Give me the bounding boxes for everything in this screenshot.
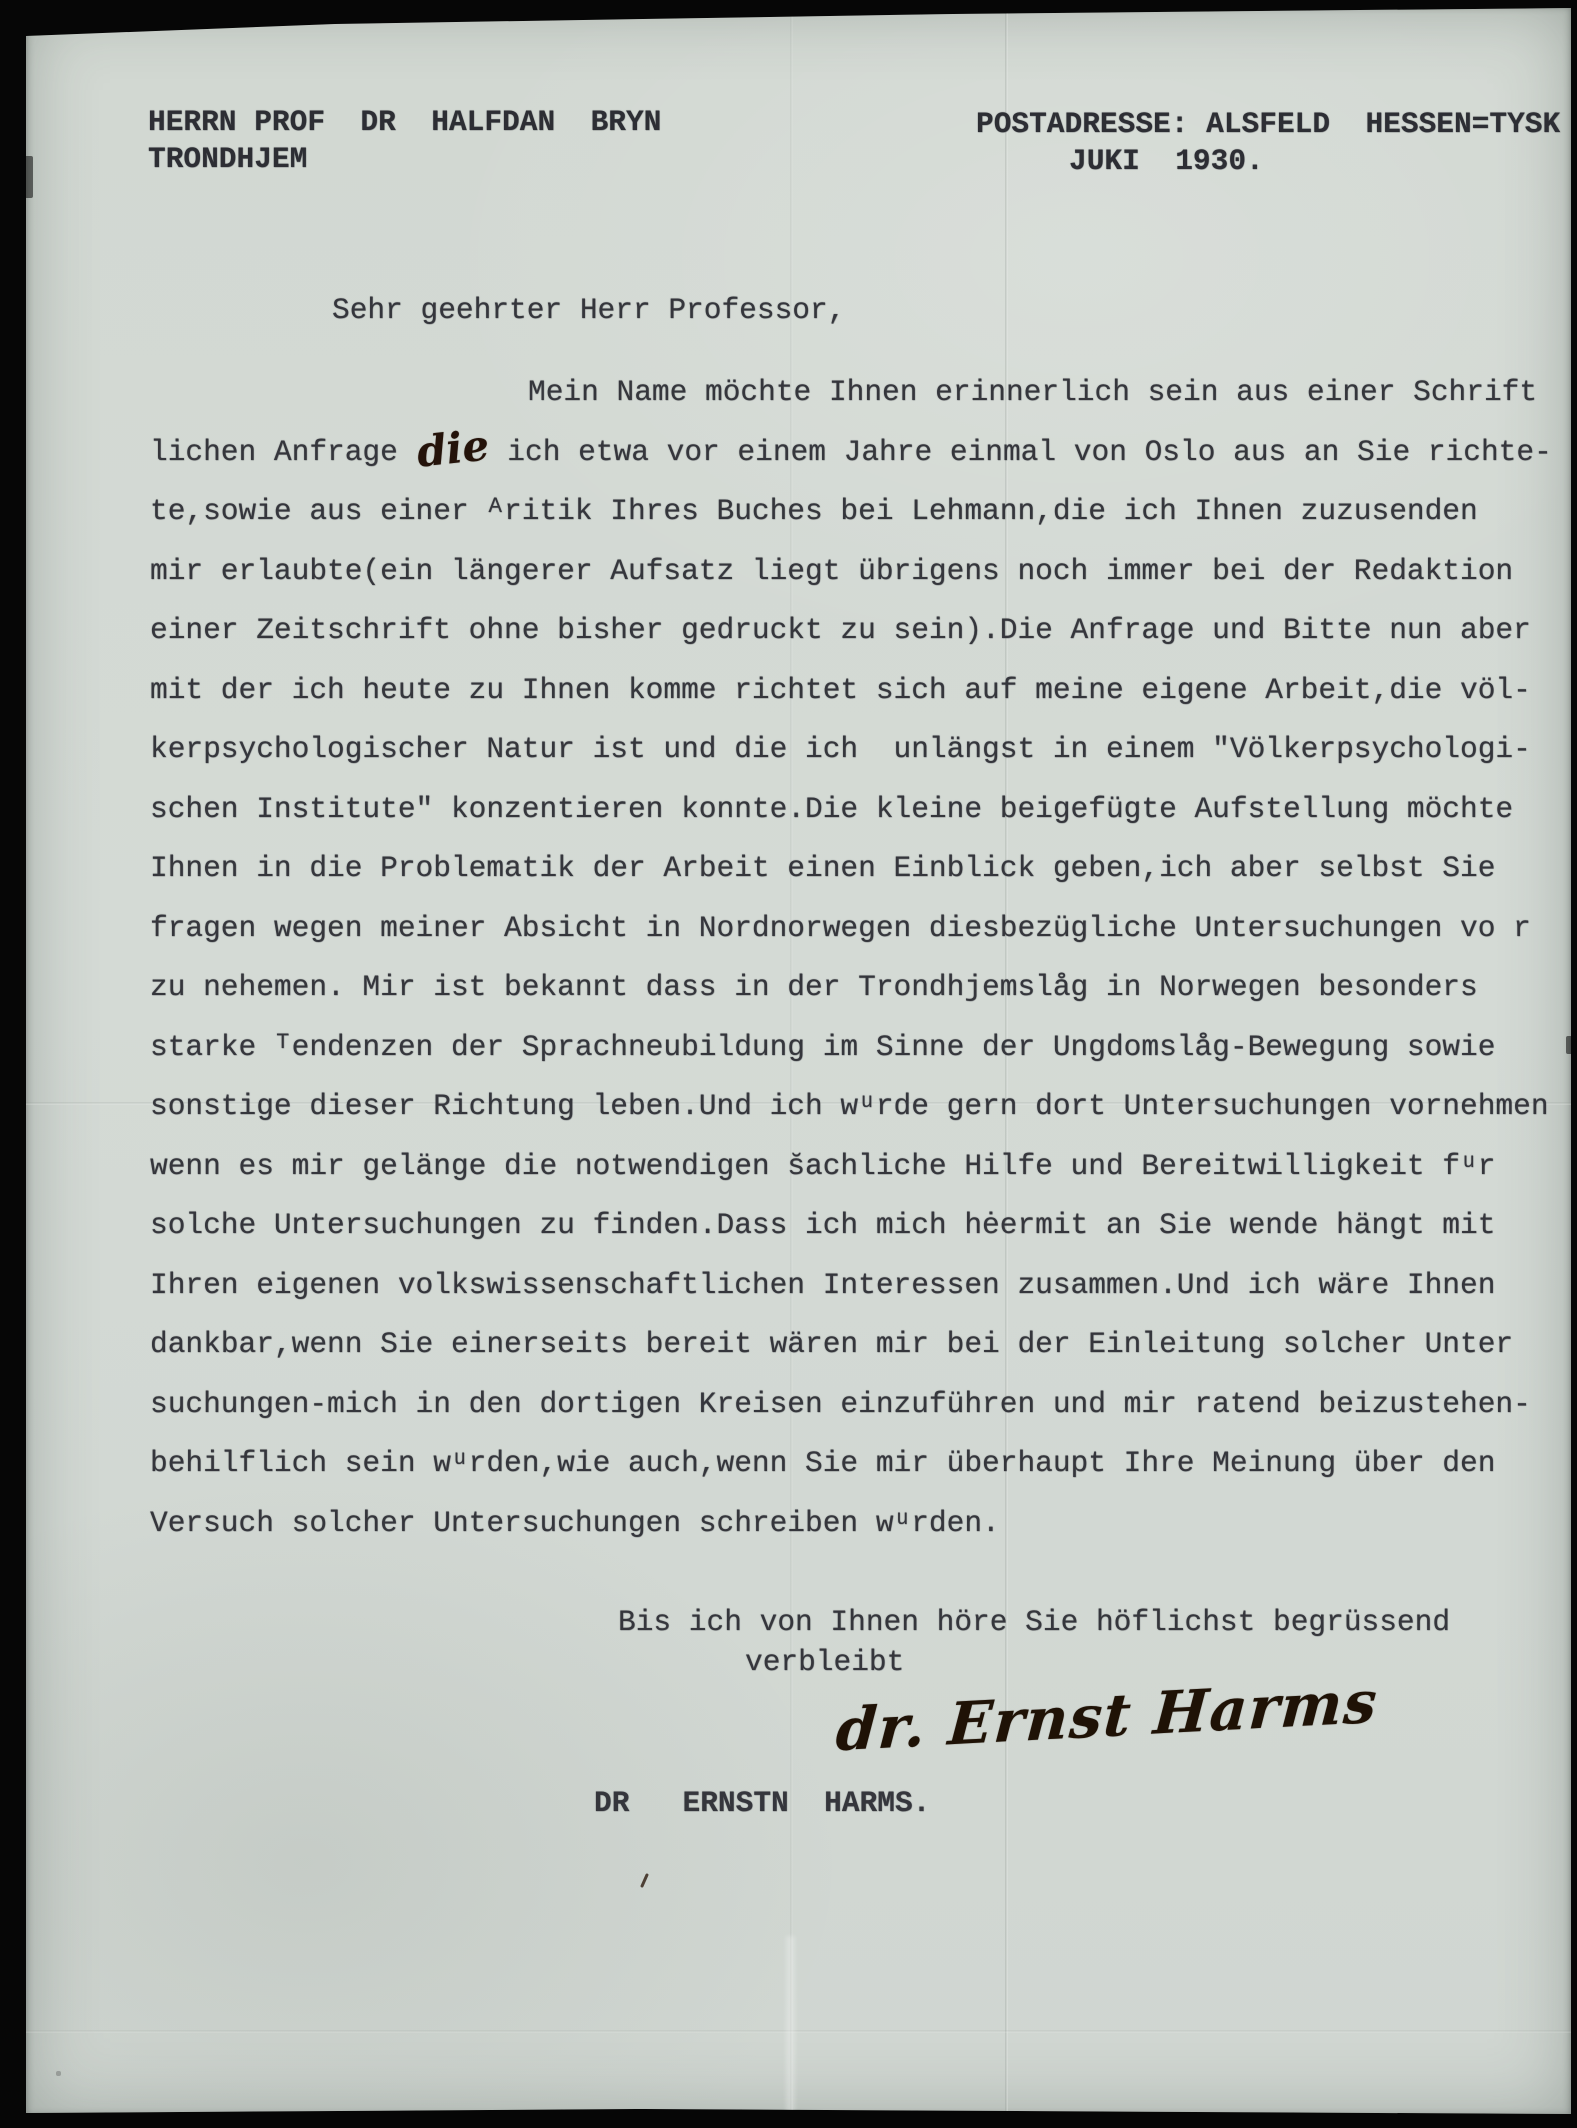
body-line: Mein Name möchte Ihnen erinnerlich sein … [150, 363, 1560, 423]
body-line: wenn es mir gelänge die notwendigen s̆ac… [150, 1137, 1560, 1197]
body-line: dankbar,wenn Sie einerseits bereit wären… [150, 1315, 1560, 1375]
body-line: te,sowie aus einer ᴬritik Ihres Buches b… [150, 482, 1560, 542]
body-line: mir erlaubte(ein längerer Aufsatz liegt … [150, 542, 1560, 602]
recipient-block: HERRN PROF DR HALFDAN BRYN TRONDHJEM [148, 104, 661, 178]
scan-speck [26, 156, 33, 198]
sender-address-block: POSTADRESSE: ALSFELD HESSEN=TYSK JUKI 19… [976, 106, 1560, 180]
body-line: einer Zeitschrift ohne bisher gedruckt z… [150, 601, 1560, 661]
body-line: Ihnen in die Problematik der Arbeit eine… [150, 839, 1560, 899]
body-line: Ihren eigenen volkswissenschaftlichen In… [150, 1256, 1560, 1316]
body-text: lichen Anfrage [150, 435, 416, 469]
horizontal-fold-crease-bottom [26, 2030, 1571, 2033]
letter-body: Mein Name möchte Ihnen erinnerlich sein … [150, 363, 1560, 1553]
body-line: kerpsychologischer Natur ist und die ich… [150, 720, 1560, 780]
salutation: Sehr geehrter Herr Professor, [332, 293, 845, 327]
letter-paper: HERRN PROF DR HALFDAN BRYN TRONDHJEM POS… [26, 6, 1571, 2116]
stray-pen-mark [640, 1873, 649, 1888]
body-line: solche Untersuchungen zu finden.Dass ich… [150, 1196, 1560, 1256]
sender-postal-address: POSTADRESSE: ALSFELD HESSEN=TYSK [976, 106, 1560, 143]
letter-date: JUKI 1930. [976, 143, 1560, 180]
body-line: fragen wegen meiner Absicht in Nordnorwe… [150, 899, 1560, 959]
body-line: behilflich sein wᵘrden,wie auch,wenn Sie… [150, 1434, 1560, 1494]
body-line: zu nehemen. Mir ist bekannt dass in der … [150, 958, 1560, 1018]
closing-line: Bis ich von Ihnen höre Sie höflichst beg… [618, 1602, 1450, 1642]
body-line: suchungen-mich in den dortigen Kreisen e… [150, 1375, 1560, 1435]
typed-signature: DR ERNSTN HARMS. [594, 1786, 930, 1820]
body-text: ich etwa vor einem Jahre einmal von Oslo… [490, 435, 1552, 469]
body-line: schen Institute" konzentieren konnte.Die… [150, 780, 1560, 840]
body-line: starke ᵀendenzen der Sprachneubildung im… [150, 1018, 1560, 1078]
body-line: sonstige dieser Richtung leben.Und ich w… [150, 1077, 1560, 1137]
fold-light-strip [786, 1936, 795, 2116]
body-line: mit der ich heute zu Ihnen komme richtet… [150, 661, 1560, 721]
handwritten-signature: dr. Ernst Harms [834, 1668, 1380, 1765]
scanned-letter: HERRN PROF DR HALFDAN BRYN TRONDHJEM POS… [0, 0, 1577, 2128]
recipient-city: TRONDHJEM [148, 141, 661, 178]
scan-speck [1566, 1036, 1571, 1054]
recipient-name: HERRN PROF DR HALFDAN BRYN [148, 104, 661, 141]
handwritten-correction-word: die [415, 424, 491, 473]
scan-speck [56, 2071, 61, 2076]
body-line: lichen Anfrage die ich etwa vor einem Ja… [150, 423, 1560, 483]
body-line: Versuch solcher Untersuchungen schreiben… [150, 1494, 1560, 1554]
